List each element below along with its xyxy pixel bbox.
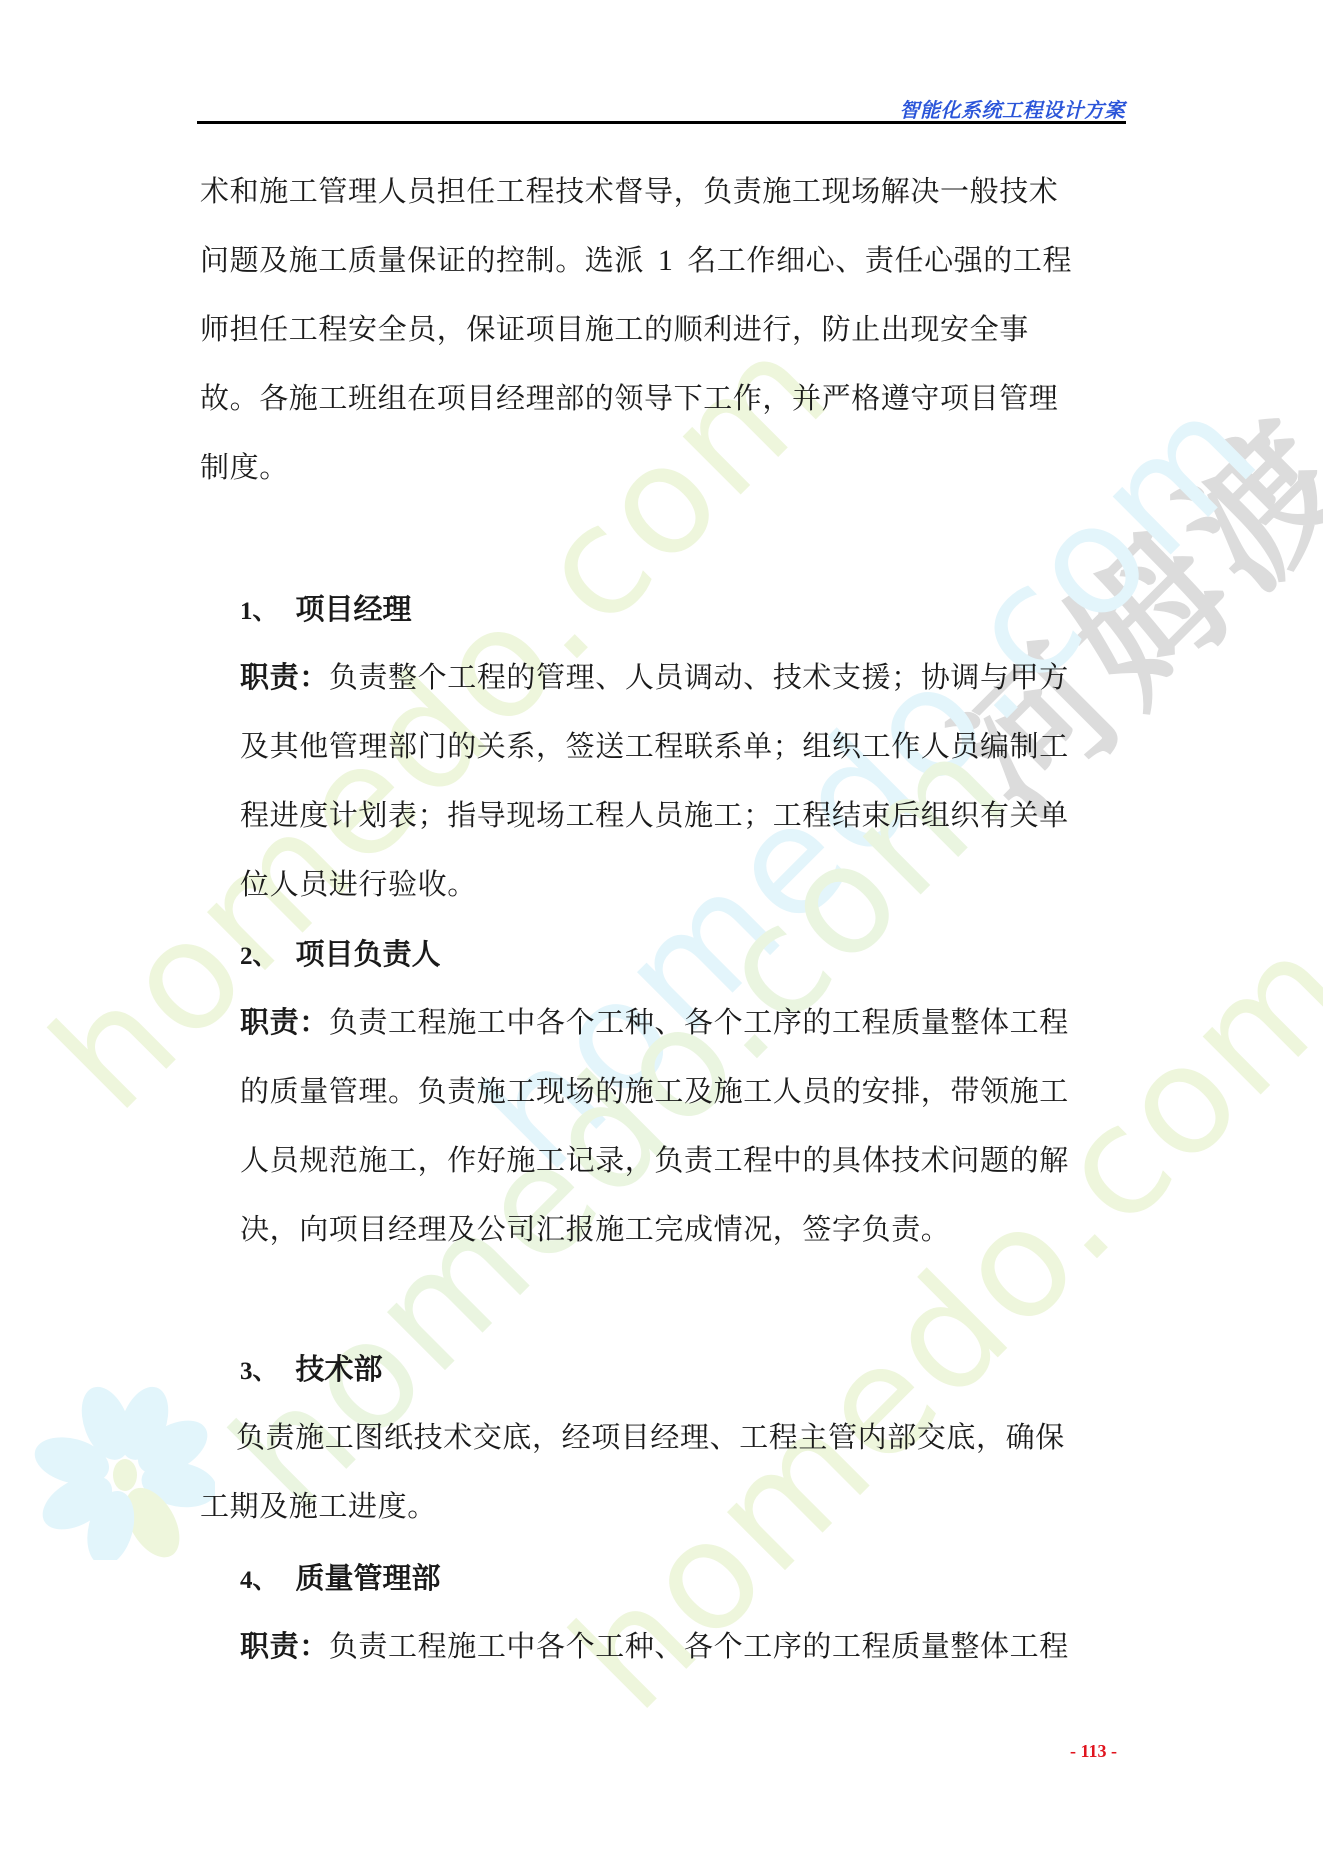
intro-line-5: 制度。 bbox=[200, 450, 289, 484]
section-number: 4、 bbox=[240, 1567, 278, 1594]
section-1-line-4: 位人员进行验收。 bbox=[240, 867, 477, 901]
flower-logo-icon bbox=[15, 1380, 215, 1560]
section-title: 技术部 bbox=[296, 1352, 383, 1386]
intro-line-2: 问题及施工质量保证的控制。选派 1 名工作细心、责任心强的工程 bbox=[200, 243, 1072, 278]
section-title: 质量管理部 bbox=[296, 1561, 441, 1595]
section-2-line-1: 职责：负责工程施工中各个工种、各个工序的工程质量整体工程 bbox=[240, 1005, 1069, 1039]
page-number: - 113 - bbox=[1070, 1741, 1117, 1762]
section-2-line-3: 人员规范施工，作好施工记录，负责工程中的具体技术问题的解 bbox=[240, 1143, 1069, 1177]
section-2-line-4: 决，向项目经理及公司汇报施工完成情况，签字负责。 bbox=[240, 1212, 950, 1246]
section-heading-4: 4、质量管理部 bbox=[240, 1561, 441, 1598]
duty-text: 负责整个工程的管理、人员调动、技术支援；协调与甲方 bbox=[329, 660, 1069, 694]
section-1-line-1: 职责：负责整个工程的管理、人员调动、技术支援；协调与甲方 bbox=[240, 660, 1069, 694]
duty-text: 负责工程施工中各个工种、各个工序的工程质量整体工程 bbox=[329, 1629, 1069, 1663]
intro-line-2-b: 名工作细心、责任心强的工程 bbox=[687, 243, 1072, 277]
duty-label: 职责： bbox=[240, 1629, 329, 1663]
section-3-line-1: 负责施工图纸技术交底，经项目经理、工程主管内部交底，确保 bbox=[236, 1420, 1065, 1454]
section-4-line-1: 职责：负责工程施工中各个工种、各个工序的工程质量整体工程 bbox=[240, 1629, 1069, 1663]
section-1-line-2: 及其他管理部门的关系，签送工程联系单；组织工作人员编制工 bbox=[240, 729, 1069, 763]
intro-line-2-a: 问题及施工质量保证的控制。选派 bbox=[200, 243, 644, 277]
intro-line-4: 故。各施工班组在项目经理部的领导下工作，并严格遵守项目管理 bbox=[200, 381, 1058, 415]
section-number: 3、 bbox=[240, 1358, 278, 1385]
header-divider bbox=[197, 121, 1126, 124]
section-1-line-3: 程进度计划表；指导现场工程人员施工；工程结束后组织有关单 bbox=[240, 798, 1069, 832]
section-3-line-2: 工期及施工进度。 bbox=[200, 1489, 437, 1523]
watermark-brand-cn: 河姆渡 bbox=[900, 361, 1323, 853]
duty-label: 职责： bbox=[240, 660, 329, 694]
section-2-line-2: 的质量管理。负责施工现场的施工及施工人员的安排，带领施工 bbox=[240, 1074, 1069, 1108]
intro-line-3: 师担任工程安全员，保证项目施工的顺利进行，防止出现安全事 bbox=[200, 312, 1029, 346]
document-header-title: 智能化系统工程设计方案 bbox=[900, 94, 1126, 123]
watermark-layer: 河姆渡 homedo.com homedo.com homedo.com hom… bbox=[0, 0, 1323, 1871]
duty-label: 职责： bbox=[240, 1005, 329, 1039]
duty-text: 负责工程施工中各个工种、各个工序的工程质量整体工程 bbox=[329, 1005, 1069, 1039]
section-number: 1、 bbox=[240, 598, 278, 625]
section-title: 项目负责人 bbox=[296, 937, 441, 971]
section-number: 2、 bbox=[240, 943, 278, 970]
section-heading-3: 3、技术部 bbox=[240, 1352, 383, 1389]
intro-line-1: 术和施工管理人员担任工程技术督导，负责施工现场解决一般技术 bbox=[200, 174, 1058, 208]
section-heading-2: 2、项目负责人 bbox=[240, 937, 441, 974]
intro-count: 1 bbox=[658, 244, 674, 277]
section-heading-1: 1、项目经理 bbox=[240, 592, 412, 629]
section-title: 项目经理 bbox=[296, 592, 412, 626]
